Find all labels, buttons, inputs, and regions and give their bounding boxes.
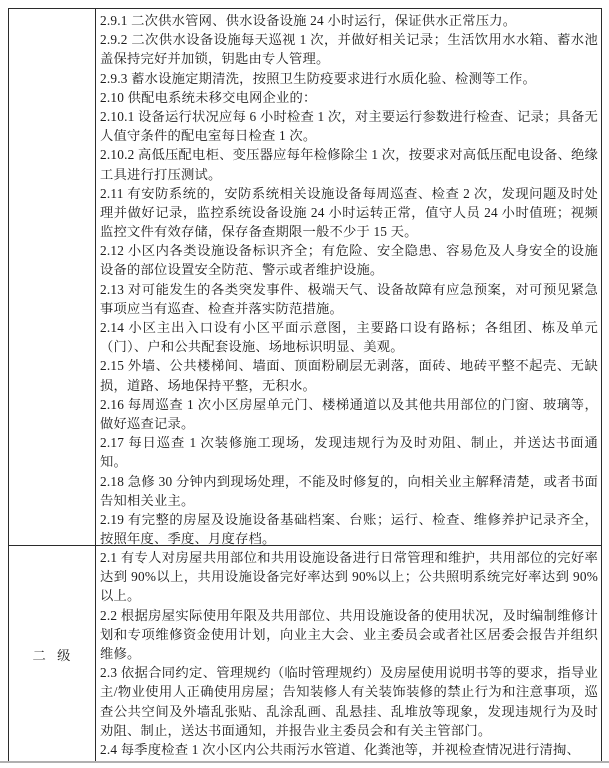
clause-2-17: 2.17 每日巡查 1 次装修施工现场，发现违规行为及时劝阻、制止，并送达书面通… [100,433,598,471]
service-standard-table: 2.9.1 二次供水管网、供水设备设施 24 小时运行，保证供水正常压力。 2.… [8,8,602,762]
clause-2-18: 2.18 急修 30 分钟内到现场处理，不能及时修复的，向相关业主解释清楚，或者… [100,472,598,510]
level-cell-empty [9,9,96,545]
clause-2-11: 2.11 有安防系统的，安防系统相关设施设备每周巡查、检查 2 次，发现问题及时… [100,184,598,242]
clauses-cell-row-2: 2.1 有专人对房屋共用部位和共用设施设备进行日常管理和维护，共用部位的完好率达… [96,546,601,762]
clause-2-10-1: 2.10.1 设备运行状况应每 6 小时检查 1 次，对主要运行参数进行检查、记… [100,107,598,145]
clause-2-14: 2.14 小区主出入口设有小区平面示意图，主要路口设有路标；各组团、栋及单元（门… [100,318,598,356]
page-bottom-edge-line [0,761,609,763]
clause-2-9-3: 2.9.3 蓄水设施定期清洗，按照卫生防疫要求进行水质化验、检测等工作。 [100,69,598,88]
clauses-cell-row-1: 2.9.1 二次供水管网、供水设备设施 24 小时运行，保证供水正常压力。 2.… [96,9,601,545]
clause-2-15: 2.15 外墙、公共楼梯间、墙面、顶面粉刷层无剥落，面砖、地砖平整不起壳、无缺损… [100,356,598,394]
clause-2-19: 2.19 有完整的房屋及设施设备基础档案、台账；运行、检查、维修养护记录齐全，按… [100,510,598,545]
clause-2-13: 2.13 对可能发生的各类突发事件、极端天气、设备故障有应急预案，对可预见紧急事… [100,280,598,318]
table-row-level-2: 二 级 2.1 有专人对房屋共用部位和共用设施设备进行日常管理和维护，共用部位的… [9,546,601,762]
clause-2-10: 2.10 供配电系统未移交电网企业的： [100,88,598,107]
clause-2-12: 2.12 小区内各类设施设备标识齐全；有危险、安全隐患、容易危及人身安全的设施设… [100,241,598,279]
table-row-level-1-continued: 2.9.1 二次供水管网、供水设备设施 24 小时运行，保证供水正常压力。 2.… [9,9,601,546]
clause-2-10-2: 2.10.2 高低压配电柜、变压器应每年检修除尘 1 次，按要求对高低压配电设备… [100,145,598,183]
clause-2-16: 2.16 每周巡查 1 次小区房屋单元门、楼梯通道以及其他共用部位的门窗、玻璃等… [100,395,598,433]
clause-2-3: 2.3 依据合同约定、管理规约（临时管理规约）及房屋使用说明书等的要求，指导业主… [100,663,598,740]
clause-2-4: 2.4 每季度检查 1 次小区内公共雨污水管道、化粪池等，并视检查情况进行清掏、 [100,740,598,759]
level-cell-level-2: 二 级 [9,546,96,762]
clause-2-2: 2.2 根据房屋实际使用年限及共用部位、共用设施设备的使用状况，及时编制维修计划… [100,606,598,664]
level-2-label: 二 级 [33,645,72,664]
clause-2-9-2: 2.9.2 二次供水设备设施每天巡视 1 次，并做好相关记录；生活饮用水水箱、蓄… [100,30,598,68]
clause-2-1: 2.1 有专人对房屋共用部位和共用设施设备进行日常管理和维护，共用部位的完好率达… [100,548,598,606]
clause-2-9-1: 2.9.1 二次供水管网、供水设备设施 24 小时运行，保证供水正常压力。 [100,11,598,30]
